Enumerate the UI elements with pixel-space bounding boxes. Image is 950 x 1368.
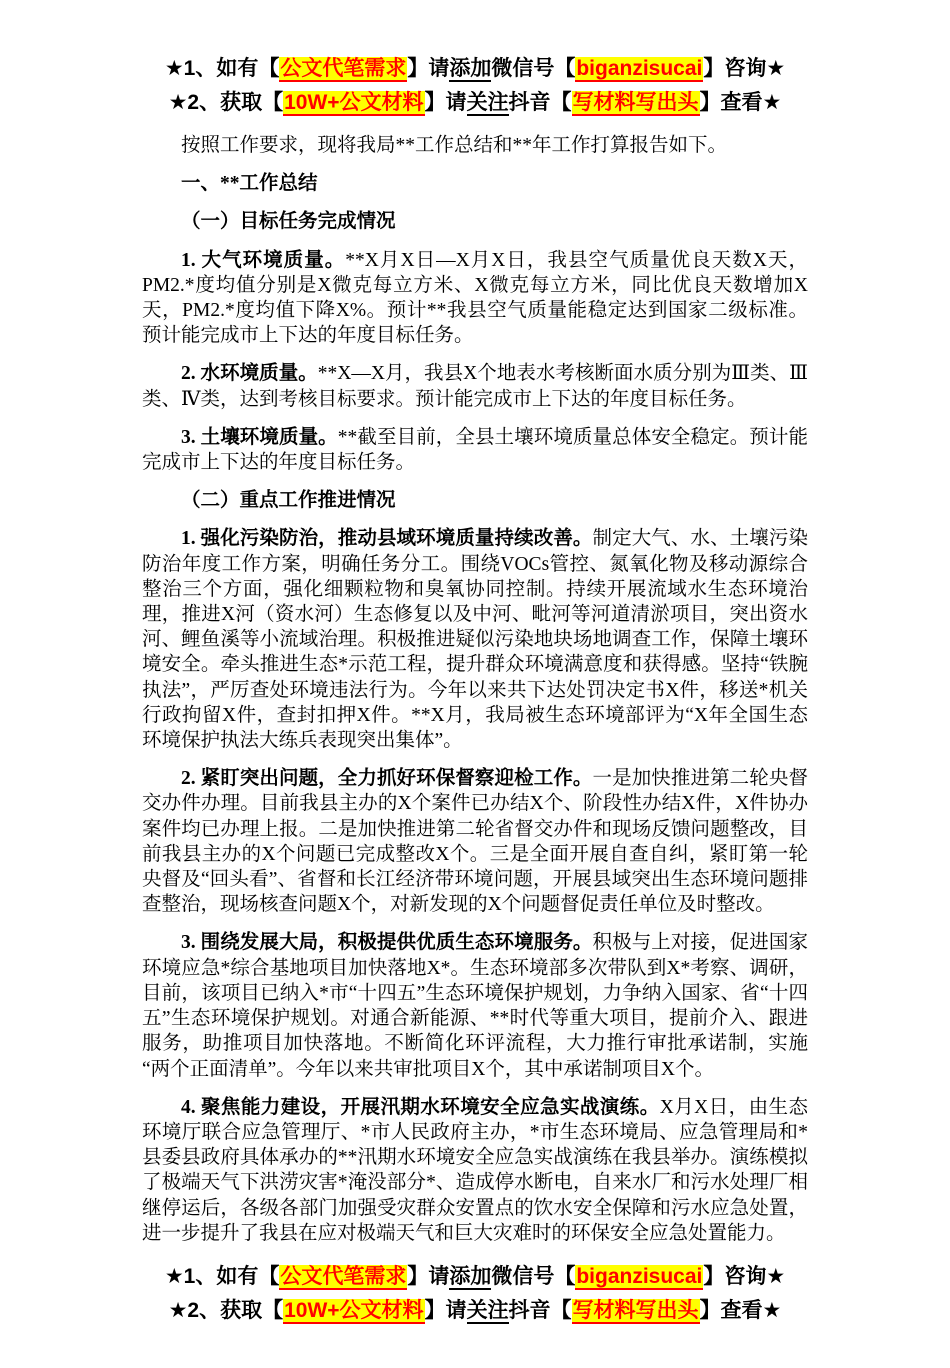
- paragraph-pollution-control-text: 制定大气、水、土壤污染防治年度工作方案，明确任务分工。围绕VOCs管控、氮氧化物…: [142, 528, 808, 751]
- promo-text: 】查看★: [700, 91, 782, 114]
- paragraph-pollution-control-lead: 1. 强化污染防治，推动县域环境质量持续改善。: [181, 528, 593, 549]
- paragraph-emergency-drill-lead: 4. 聚焦能力建设，开展汛期水环境安全应急实战演练。: [181, 1097, 660, 1118]
- promo-text: ★1、如有【: [165, 1265, 280, 1288]
- heading-key-work-text: （二）重点工作推进情况: [181, 490, 396, 511]
- paragraph-emergency-drill: 4. 聚焦能力建设，开展汛期水环境安全应急实战演练。X月X日，由生态环境厅联合应…: [142, 1095, 808, 1246]
- paragraph-inspection-text: 一是加快推进第二轮央督交办件办理。目前我县主办的X个案件已办结X个、阶段性办结X…: [142, 768, 808, 915]
- promo-text: ★2、获取【: [169, 1299, 284, 1322]
- promo-text: 】请: [407, 1265, 449, 1288]
- promo-text: 】查看★: [700, 1299, 782, 1322]
- promo-text: 】请: [425, 91, 467, 114]
- follow-action-underlined: 关注: [467, 91, 509, 116]
- paragraph-pollution-control: 1. 强化污染防治，推动县域环境质量持续改善。制定大气、水、土壤污染防治年度工作…: [142, 526, 808, 753]
- promo-text: 抖音【: [509, 91, 572, 114]
- paragraph-water-quality: 2. 水环境质量。**X—X月，我县X个地表水考核断面水质分别为Ⅲ类、Ⅲ类、Ⅳ类…: [142, 361, 808, 411]
- wechat-id-highlight: biganzisucai: [575, 1265, 703, 1290]
- wechat-need-highlight: 公文代笔需求: [279, 1265, 407, 1290]
- promo-text: ★2、获取【: [169, 91, 284, 114]
- promo-text: 抖音【: [509, 1299, 572, 1322]
- paragraph-air-quality-lead: 1. 大气环境质量。: [181, 250, 345, 271]
- paragraph-inspection: 2. 紧盯突出问题，全力抓好环保督察迎检工作。一是加快推进第二轮央督交办件办理。…: [142, 766, 808, 917]
- promo-text: 】请: [407, 57, 449, 80]
- heading-target-completion-text: （一）目标任务完成情况: [181, 211, 396, 232]
- material-offer-highlight: 10W+公文材料: [283, 1299, 424, 1324]
- follow-action-underlined: 关注: [467, 1299, 509, 1324]
- add-action-underlined: 添加: [449, 57, 491, 82]
- promo-text: 】咨询★: [703, 57, 785, 80]
- material-offer-highlight: 10W+公文材料: [283, 91, 424, 116]
- promo-text: ★1、如有【: [165, 57, 280, 80]
- paragraph-inspection-lead: 2. 紧盯突出问题，全力抓好环保督察迎检工作。: [181, 768, 593, 789]
- wechat-need-highlight: 公文代笔需求: [279, 57, 407, 82]
- document-page: ★1、如有【公文代笔需求】请添加微信号【biganzisucai】咨询★ ★2、…: [0, 0, 950, 1368]
- document-content: ★1、如有【公文代笔需求】请添加微信号【biganzisucai】咨询★ ★2、…: [142, 52, 808, 1328]
- paragraph-eco-services-lead: 3. 围绕发展大局，积极提供优质生态环境服务。: [181, 932, 593, 953]
- heading-work-summary-text: 一、**工作总结: [181, 173, 318, 194]
- paragraph-soil-quality: 3. 土壤环境质量。**截至目前，全县土壤环境质量总体安全稳定。预计能完成市上下…: [142, 425, 808, 475]
- promo-line-2: ★2、获取【10W+公文材料】请关注抖音【写材料写出头】查看★: [142, 86, 808, 120]
- promo-line-1: ★1、如有【公文代笔需求】请添加微信号【biganzisucai】咨询★: [142, 52, 808, 86]
- promo-line-2-bottom: ★2、获取【10W+公文材料】请关注抖音【写材料写出头】查看★: [142, 1294, 808, 1328]
- paragraph-soil-quality-lead: 3. 土壤环境质量。: [181, 427, 338, 448]
- paragraph-water-quality-lead: 2. 水环境质量。: [181, 363, 318, 384]
- promo-banner-bottom: ★1、如有【公文代笔需求】请添加微信号【biganzisucai】咨询★ ★2、…: [142, 1260, 808, 1328]
- heading-work-summary: 一、**工作总结: [142, 171, 808, 196]
- paragraph-emergency-drill-text: X月X日，由生态环境厅联合应急管理厅、*市人民政府主办，*市生态环境局、应急管理…: [142, 1097, 808, 1244]
- heading-target-completion: （一）目标任务完成情况: [142, 209, 808, 234]
- intro-text: 按照工作要求，现将我局**工作总结和**年工作打算报告如下。: [181, 135, 727, 156]
- douyin-name-highlight: 写材料写出头: [572, 91, 700, 116]
- promo-text: 微信号【: [491, 1265, 575, 1288]
- promo-line-1-bottom: ★1、如有【公文代笔需求】请添加微信号【biganzisucai】咨询★: [142, 1260, 808, 1294]
- paragraph-air-quality: 1. 大气环境质量。**X月X日—X月X日，我县空气质量优良天数X天，PM2.*…: [142, 248, 808, 349]
- add-action-underlined: 添加: [449, 1265, 491, 1290]
- heading-key-work: （二）重点工作推进情况: [142, 488, 808, 513]
- document-body: 按照工作要求，现将我局**工作总结和**年工作打算报告如下。 一、**工作总结 …: [142, 133, 808, 1246]
- promo-text: 微信号【: [491, 57, 575, 80]
- promo-text: 】请: [425, 1299, 467, 1322]
- douyin-name-highlight: 写材料写出头: [572, 1299, 700, 1324]
- wechat-id-highlight: biganzisucai: [575, 57, 703, 82]
- intro-paragraph: 按照工作要求，现将我局**工作总结和**年工作打算报告如下。: [142, 133, 808, 158]
- promo-banner-top: ★1、如有【公文代笔需求】请添加微信号【biganzisucai】咨询★ ★2、…: [142, 52, 808, 120]
- paragraph-eco-services-text: 积极与上对接，促进国家环境应急*综合基地项目加快落地X*。生态环境部多次带队到X…: [142, 932, 808, 1079]
- promo-text: 】咨询★: [703, 1265, 785, 1288]
- paragraph-eco-services: 3. 围绕发展大局，积极提供优质生态环境服务。积极与上对接，促进国家环境应急*综…: [142, 930, 808, 1081]
